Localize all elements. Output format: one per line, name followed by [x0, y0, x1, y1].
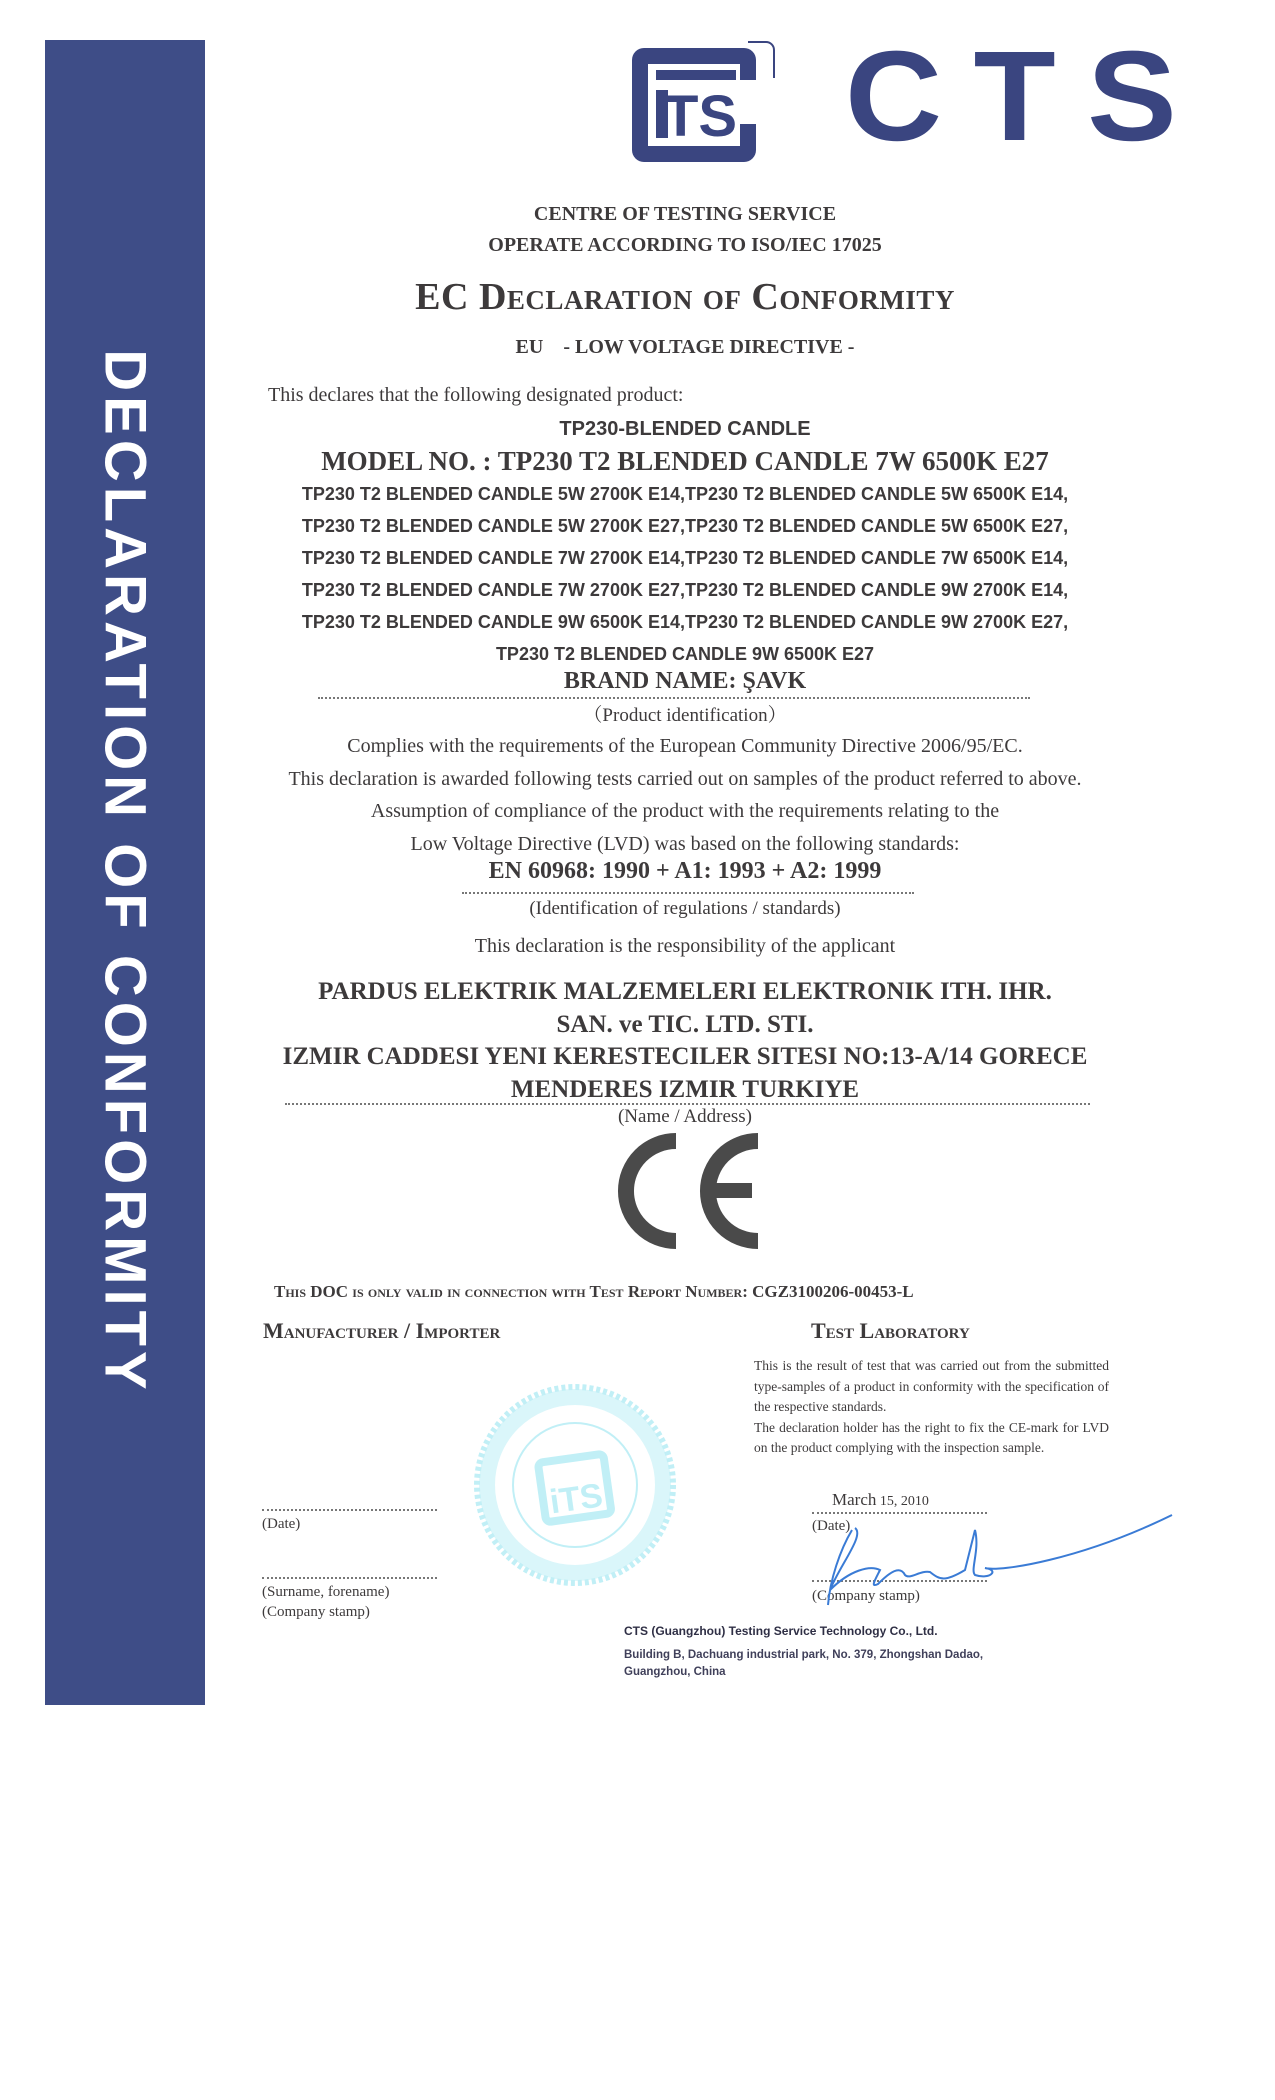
- laboratory-date: March 15, 2010: [832, 1490, 929, 1510]
- variant-line: TP230 T2 BLENDED CANDLE 5W 2700K E27,TP2…: [260, 510, 1110, 542]
- applicant-line: SAN. ve TIC. LTD. STI.: [260, 1009, 1110, 1042]
- manufacturer-name-line[interactable]: [262, 1577, 437, 1579]
- standards-label: (Identification of regulations / standar…: [260, 898, 1110, 920]
- compliance-line: Assumption of compliance of the product …: [260, 795, 1110, 828]
- product-intro: This declares that the following designa…: [268, 384, 683, 407]
- laboratory-company-name: CTS (Guangzhou) Testing Service Technolo…: [624, 1624, 938, 1638]
- manufacturer-date-line[interactable]: [262, 1509, 437, 1511]
- accreditation-line: OPERATE ACCORDING TO ISO/IEC 17025: [260, 234, 1110, 257]
- date-day-year: 15, 2010: [876, 1494, 929, 1509]
- test-laboratory-heading: Test Laboratory: [811, 1318, 970, 1344]
- vertical-title-text: DECLARATION OF CONFORMITY: [92, 349, 159, 1394]
- applicant-line: PARDUS ELEKTRIK MALZEMELERI ELEKTRONIK I…: [260, 976, 1110, 1009]
- responsibility-statement: This declaration is the responsibility o…: [260, 935, 1110, 958]
- date-month: March: [832, 1490, 876, 1509]
- standard-divider: [462, 892, 914, 894]
- cts-logo-text: CTS: [845, 42, 1208, 152]
- laboratory-ce-mark-text: The declaration holder has the right to …: [754, 1418, 1109, 1459]
- compliance-line: Complies with the requirements of the Eu…: [260, 730, 1110, 763]
- test-report-validity: This DOC is only valid in connection wit…: [274, 1282, 914, 1302]
- model-variants: TP230 T2 BLENDED CANDLE 5W 2700K E14,TP2…: [260, 478, 1110, 670]
- manufacturer-name-label: (Surname, forename): [262, 1584, 389, 1601]
- organization-name: CENTRE OF TESTING SERVICE: [260, 203, 1110, 226]
- variant-line: TP230 T2 BLENDED CANDLE 5W 2700K E14,TP2…: [260, 478, 1110, 510]
- variant-line: TP230 T2 BLENDED CANDLE 9W 6500K E14,TP2…: [260, 606, 1110, 638]
- applicant-divider: [285, 1103, 1090, 1105]
- manufacturer-heading: Manufacturer / Importer: [263, 1318, 500, 1344]
- model-number: MODEL NO. : TP230 T2 BLENDED CANDLE 7W 6…: [260, 446, 1110, 477]
- ce-mark-icon: [598, 1133, 766, 1249]
- its-logo-icon: TS: [630, 40, 778, 164]
- compliance-line: Low Voltage Directive (LVD) was based on…: [260, 828, 1110, 861]
- compliance-line: This declaration is awarded following te…: [260, 763, 1110, 796]
- laboratory-address: Building B, Dachuang industrial park, No…: [624, 1647, 1044, 1681]
- brand-name: BRAND NAME: ŞAVK: [260, 668, 1110, 695]
- laboratory-statement: This is the result of test that was carr…: [754, 1356, 1109, 1459]
- applicant-line: IZMIR CADDESI YENI KERESTECILER SITESI N…: [260, 1041, 1110, 1074]
- signature-icon: [800, 1510, 1180, 1610]
- manufacturer-date-label: (Date): [262, 1516, 300, 1533]
- svg-text:TS: TS: [663, 84, 737, 149]
- manufacturer-stamp-label: (Company stamp): [262, 1604, 370, 1621]
- product-divider: [318, 697, 1030, 699]
- document-title: EC Declaration of Conformity: [260, 275, 1110, 319]
- applicant-line: MENDERES IZMIR TURKIYE: [260, 1074, 1110, 1107]
- variant-line: TP230 T2 BLENDED CANDLE 9W 6500K E27: [260, 638, 1110, 670]
- product-identification-label: （Product identification）: [260, 700, 1110, 727]
- compliance-statement: Complies with the requirements of the Eu…: [260, 730, 1110, 860]
- vertical-title-banner: DECLARATION OF CONFORMITY: [45, 40, 205, 1705]
- variant-line: TP230 T2 BLENDED CANDLE 7W 2700K E14,TP2…: [260, 542, 1110, 574]
- name-address-label: (Name / Address): [260, 1106, 1110, 1128]
- variant-line: TP230 T2 BLENDED CANDLE 7W 2700K E27,TP2…: [260, 574, 1110, 606]
- cts-seal-stamp-icon: iTS: [470, 1380, 680, 1590]
- svg-text:iTS: iTS: [547, 1476, 605, 1521]
- applicant-name-address: PARDUS ELEKTRIK MALZEMELERI ELEKTRONIK I…: [260, 976, 1110, 1106]
- product-name: TP230-BLENDED CANDLE: [260, 418, 1110, 441]
- directive-subtitle: EU - LOW VOLTAGE DIRECTIVE -: [260, 336, 1110, 359]
- applied-standard: EN 60968: 1990 + A1: 1993 + A2: 1999: [260, 858, 1110, 885]
- laboratory-result-text: This is the result of test that was carr…: [754, 1356, 1109, 1418]
